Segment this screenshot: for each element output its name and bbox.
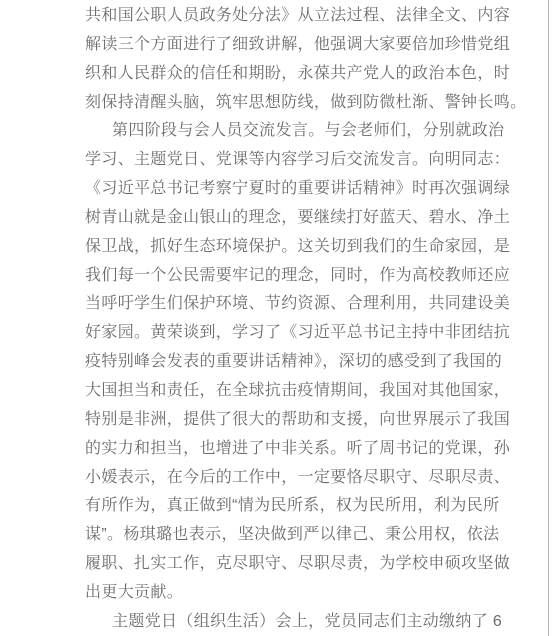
text-line: 履职、扎实工作，克尽职守、尽职尽责，为学校申硕攻坚做 (85, 550, 550, 579)
text-line: 织和人民群众的信任和期盼，永葆共产党人的政治本色，时 (85, 60, 550, 89)
text-line: 解读三个方面进行了细致讲解，他强调大家要倍加珍惜党组 (85, 31, 550, 60)
text-line: 当呼吁学生们保护环境、节约资源、合理利用，共同建设美 (85, 290, 550, 319)
text-line: 好家园。黄荣谈到，学习了《习近平总书记主持中非团结抗 (85, 319, 550, 348)
text-line: 第四阶段与会人员交流发言。与会老师们，分别就政治 (85, 117, 550, 146)
text-line: 刻保持清醒头脑，筑牢思想防线，做到防微杜渐、警钟长鸣。 (85, 89, 550, 118)
text-line: 小媛表示，在今后的工作中，一定要恪尽职守、尽职尽责、 (85, 464, 550, 493)
text-line: 谋”。杨琪璐也表示，坚决做到严以律己、秉公用权，依法 (85, 521, 550, 550)
page-edge-divider (548, 0, 549, 636)
text-line: 《习近平总书记考察宁夏时的重要讲话精神》时再次强调绿 (85, 175, 550, 204)
text-line: 特别是非洲，提供了很大的帮助和支援，向世界展示了我国 (85, 406, 550, 435)
text-line: 共和国公职人员政务处分法》从立法过程、法律全文、内容 (85, 2, 550, 31)
document-page: 共和国公职人员政务处分法》从立法过程、法律全文、内容解读三个方面进行了细致讲解，… (0, 0, 556, 636)
text-line: 保卫战，抓好生态环境保护。这关切到我们的生命家园，是 (85, 233, 550, 262)
text-line: 树青山就是金山银山的理念，要继续打好蓝天、碧水、净土 (85, 204, 550, 233)
text-line: 的实力和担当，也增进了中非关系。听了周书记的党课，孙 (85, 435, 550, 464)
document-text: 共和国公职人员政务处分法》从立法过程、法律全文、内容解读三个方面进行了细致讲解，… (85, 2, 550, 636)
text-line: 疫特别峰会发表的重要讲话精神》，深切的感受到了我国的 (85, 348, 550, 377)
text-line: 学习、主题党日、党课等内容学习后交流发言。向明同志： (85, 146, 550, 175)
text-line: 大国担当和责任，在全球抗击疫情期间，我国对其他国家， (85, 377, 550, 406)
text-line: 我们每一个公民需要牢记的理念，同时，作为高校教师还应 (85, 262, 550, 291)
text-line: 出更大贡献。 (85, 579, 550, 608)
text-line: 有所作为，真正做到“情为民所系，权为民所用，利为民所 (85, 492, 550, 521)
text-line: 主题党日（组织生活）会上，党员同志们主动缴纳了 6 (85, 608, 550, 636)
